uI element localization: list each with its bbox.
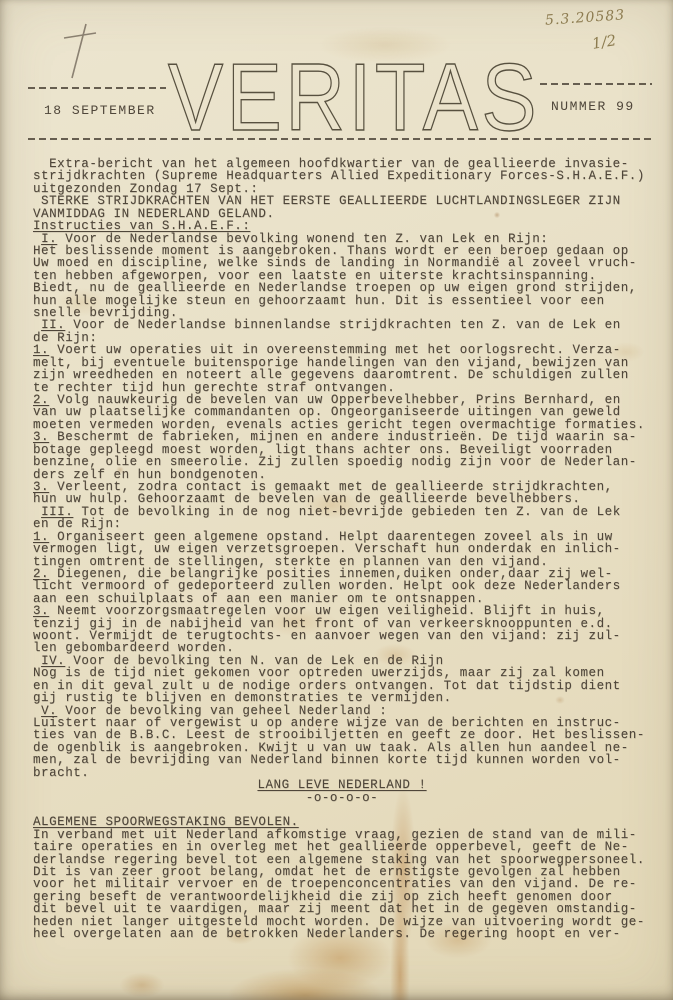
text-line: strijdkrachten (Supreme Headquarters All…	[33, 170, 651, 182]
text-line: en de Rijn:	[33, 518, 651, 530]
issue-date: 18 SEPTEMBER	[44, 103, 156, 118]
document-page: 5.3.20583 1/2 18 SEPTEMBER VERITAS NUMME…	[0, 0, 673, 1000]
text-line: 3. Beschermt de fabrieken, mijnen en and…	[33, 431, 651, 443]
text-line: licht vermoord of gedeporteerd zullen wo…	[33, 580, 651, 592]
text-line: 1. Voert uw operaties uit in overeenstem…	[33, 344, 651, 356]
veritas-logo: VERITAS	[164, 44, 546, 142]
text-line: len gebombardeerd worden.	[33, 642, 651, 654]
text-line: gij rustig te blijven en demonstraties t…	[33, 692, 651, 704]
text-line: Nog is de tijd niet gekomen voor optrede…	[33, 667, 651, 679]
text-line: zijn wreedheden en noteert alle gegevens…	[33, 369, 651, 381]
text-line: STERKE STRIJDKRACHTEN VAN HET EERSTE GEA…	[33, 195, 651, 207]
text-line: LANG LEVE NEDERLAND !	[33, 779, 651, 791]
text-line: benzine, olie en smeerolie. Zij zullen s…	[33, 456, 651, 468]
text-line: vermogen ligt, uw eigen verzetsgroepen. …	[33, 543, 651, 555]
dashed-rule-right	[540, 83, 652, 85]
text-line: taire operaties en in overleg met het ge…	[33, 841, 651, 853]
veritas-logo-text: VERITAS	[168, 44, 540, 142]
text-line: -o-o-o-o-	[33, 792, 651, 804]
text-line: dit bevel uit te vaardigen, maar zij mee…	[33, 903, 651, 915]
text-line: heel overgelaten aan de betrokken Nederl…	[33, 928, 651, 940]
text-line: III. Tot de bevolking in de nog niet-bev…	[33, 506, 651, 518]
text-line: Uw moed en discipline, welke sinds de la…	[33, 257, 651, 269]
text-line: 3. Neemt voorzorgsmaatregelen voor uw ei…	[33, 605, 651, 617]
issue-number: NUMMER 99	[551, 99, 635, 114]
text-line: men, zal de bevrijding van Nederland bin…	[33, 754, 651, 766]
dashed-rule-left	[28, 87, 166, 89]
text-line: Biedt, nu de geallieerde en Nederlandse …	[33, 282, 651, 294]
text-line: ties van de B.B.C. Leest de strooibiljet…	[33, 729, 651, 741]
text-line: hun uw hulp. Gehoorzaamt de bevelen van …	[33, 493, 651, 505]
text-line: van uw plaatselijke commandanten op. Ong…	[33, 406, 651, 418]
text-line: II. Voor de Nederlandse binnenlandse str…	[33, 319, 651, 331]
pencil-cross-icon	[58, 22, 102, 80]
text-line: ALGEMENE SPOORWEGSTAKING BEVOLEN.	[33, 816, 651, 828]
text-line: Instructies van S.H.A.E.F.:	[33, 220, 651, 232]
document-body: Extra-bericht van het algemeen hoofdkwar…	[33, 158, 651, 941]
dashed-rule-bottom	[28, 138, 653, 140]
page-fraction: 1/2	[591, 31, 618, 53]
